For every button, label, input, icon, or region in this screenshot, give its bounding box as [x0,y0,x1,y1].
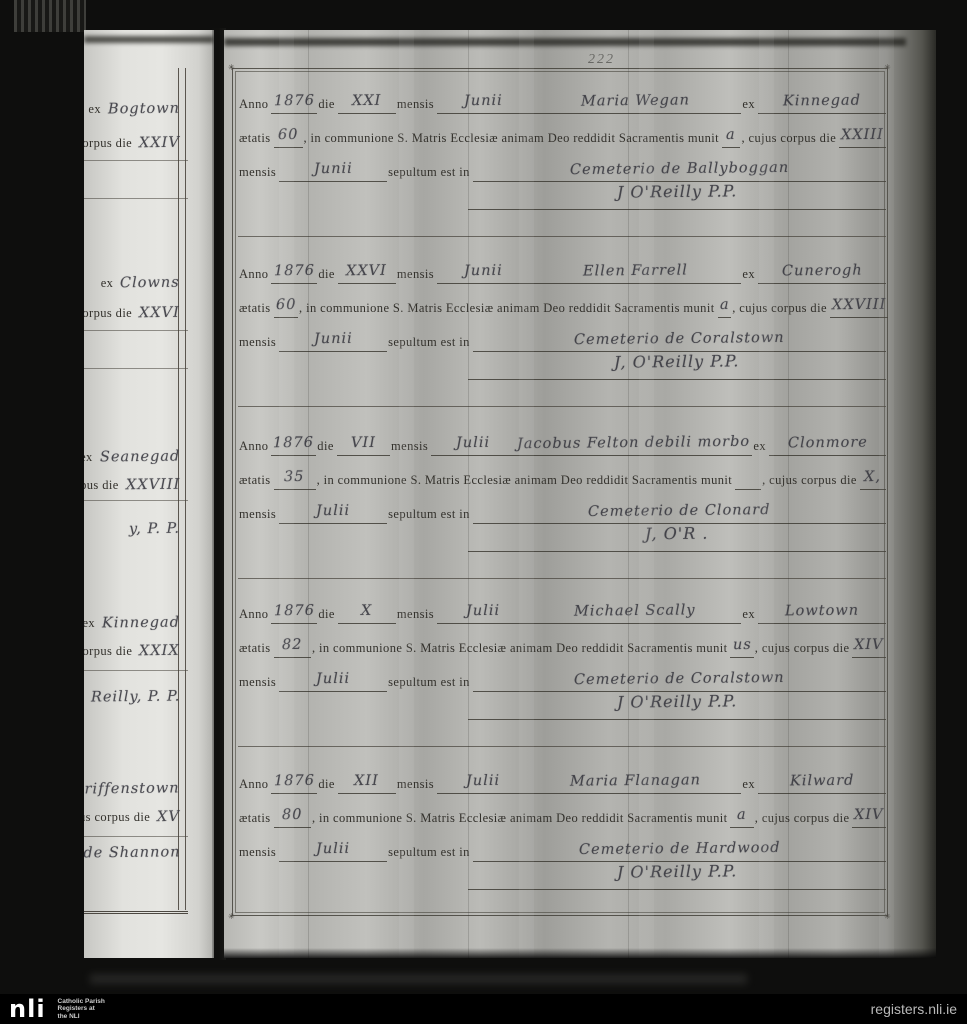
place-handwritten: Seanegad [100,449,180,466]
footer-org-line: the NLI [58,1013,80,1020]
signature-line: J, O'R . [468,524,886,552]
year-handwritten: 1876 [273,435,314,451]
burial-entry: Anno 1876 die XXVI mensis Junii Ellen Fa… [238,250,886,407]
ruled-line [84,198,188,199]
munit-suffix-blank: us [730,636,753,658]
munit-suffix-handwritten: a [737,807,747,823]
burial-month-blank: Julii [279,670,387,692]
aetatis-label: ætatis [238,301,274,318]
burial-day-handwritten: XXVI [139,305,180,321]
munit-suffix-handwritten: a [719,297,729,313]
signature-handwritten: J, O'Reilly P.P. [614,351,740,371]
ruled-line [84,160,188,161]
mensis-label: mensis [396,777,437,794]
entry-line-2: ætatis 35 , in communione S. Matris Eccl… [238,456,886,490]
footer-site-url: registers.nli.ie [871,1001,957,1017]
name-blank: Jacobus Felton debili morbo [515,434,752,456]
place-blank: Kilward [758,772,886,794]
left-entry-fragment: y, P. P. [129,520,180,538]
munit-suffix-handwritten: us [733,637,752,653]
communione-label: , in communione S. Matris Ecclesiæ anima… [303,131,723,148]
cujus-corpus-label: , cujus corpus die [84,306,135,322]
burial-entry: Anno 1876 die XII mensis Julii Maria Fla… [238,760,886,890]
ruled-line [84,670,188,671]
burial-entry: Anno 1876 die XXI mensis Junii Maria Weg… [238,80,886,237]
burial-day-handwritten: XXIV [139,135,180,151]
name-handwritten: Maria Wegan [581,92,690,109]
cujus-corpus-label: , cujus corpus die [84,810,153,826]
anno-label: Anno [238,777,271,794]
nli-logo-icon: nli [9,998,46,1020]
place-blank: Kinnegad [758,92,886,114]
burial-day-blank: XXVIII [830,296,888,318]
sepultum-label: sepultum est in [387,507,473,524]
mensis-label: mensis [238,507,279,524]
previous-page-sliver: ex Bogtown , cujus corpus die XXIV ex Cl… [84,30,214,958]
year-handwritten: 1876 [274,603,315,619]
name-handwritten: Maria Flanagan [570,772,701,789]
page-edge-smudge [84,36,214,43]
burial-day-blank: XIV [852,636,886,658]
year-blank: 1876 [271,772,317,794]
burial-day-blank: X, [860,468,886,490]
cemetery-handwritten: Cemeterio de Hardwood [579,840,781,858]
burial-day-handwritten: XXIII [841,127,884,143]
ruled-line [84,330,188,331]
name-handwritten: Ellen Farrell [583,262,688,279]
entry-line-1: Anno 1876 die XXVI mensis Junii Ellen Fa… [238,250,886,284]
left-entry-fragment: ex Seanegad [84,448,180,466]
entry-line-2: ætatis 60 , in communione S. Matris Eccl… [238,284,886,318]
mensis-label: mensis [396,97,437,114]
age-handwritten: 60 [275,297,296,313]
month-blank: Junii [437,262,529,284]
day-blank: XXVI [338,262,396,284]
day-handwritten: X [361,603,372,619]
munit-suffix-blank: a [718,296,732,318]
signature-line: J O'Reilly P.P. [468,182,886,210]
burial-day-blank: XIV [852,806,886,828]
die-label: die [317,607,337,624]
name-blank: Michael Scally [529,602,741,624]
ex-label: ex [100,276,117,292]
age-blank: 80 [274,806,311,828]
entry-signature-row: J, O'R . [238,524,886,552]
month-blank: Julii [437,772,529,794]
page-edge-smudge [224,38,906,46]
entry-separator-rule [238,406,886,407]
ruled-line [84,500,188,501]
burial-month-blank: Julii [279,840,387,862]
anno-label: Anno [238,439,271,456]
mensis-label: mensis [238,845,279,862]
place-handwritten: Kinnegad [783,93,861,110]
year-handwritten: 1876 [274,93,315,109]
cujus-corpus-label: , cujus corpus die [84,478,122,494]
footer-org-line: Catholic Parish [58,998,105,1005]
mensis-label: mensis [396,607,437,624]
cujus-corpus-label: , cujus corpus die [754,811,853,828]
sepultum-label: sepultum est in [387,845,473,862]
left-entry-fragment: ex Bogtown [87,100,180,118]
place-handwritten: Kilward [790,773,855,790]
month-handwritten: Julii [466,603,500,619]
footer-org-line: Registers at [58,1005,95,1012]
sepultum-label: sepultum est in [387,335,473,352]
burial-entry: Anno 1876 die X mensis Julii Michael Sca… [238,590,886,747]
entry-line-3: mensis Julii sepultum est in Cemeterio d… [238,828,886,862]
name-handwritten: Jacobus Felton debili morbo [517,434,750,452]
cujus-corpus-label: , cujus corpus die [740,131,839,148]
place-handwritten: Kinnegad [102,615,180,632]
place-handwritten: Griffenstown [84,780,180,797]
burial-month-handwritten: Julii [316,841,350,857]
ex-label: ex [752,439,769,456]
signature-handwritten: J O'Reilly P.P. [617,861,737,881]
entry-line-1: Anno 1876 die VII mensis Julii Jacobus F… [238,422,886,456]
left-entry-fragment: Reilly, P. P. [91,688,180,706]
scan-smear [90,974,747,984]
place-handwritten: Bogtown [108,101,180,118]
cemetery-blank: Cemeterio de Ballyboggan [473,160,886,182]
cujus-corpus-label: , cujus corpus die [754,641,853,658]
day-handwritten: XXVI [346,263,387,279]
burial-day-handwritten: X, [864,469,881,485]
signature-fragment-handwritten: y, P. P. [129,521,180,538]
burial-day-handwritten: XXVIII [832,297,886,314]
mensis-label: mensis [396,267,437,284]
left-entry-fragment: ex Clowns [100,274,180,292]
entry-signature-row: J, O'Reilly P.P. [238,352,886,380]
day-handwritten: XXI [352,93,382,109]
ex-label: ex [741,267,758,284]
entry-line-3: mensis Julii sepultum est in Cemeterio d… [238,490,886,524]
sepultum-label: sepultum est in [387,165,473,182]
burial-month-blank: Junii [279,160,387,182]
month-handwritten: Julii [466,773,500,789]
ex-label: ex [84,616,98,632]
year-blank: 1876 [271,602,317,624]
die-label: die [317,97,337,114]
signature-handwritten: J O'Reilly P.P. [617,691,737,711]
entry-signature-row: J O'Reilly P.P. [238,182,886,210]
burial-day-handwritten: XIV [854,637,884,653]
burial-day-blank: XXIII [839,126,886,148]
left-entry-fragment: karde Shannon [84,844,180,862]
year-blank: 1876 [271,434,316,456]
scanned-register-viewer: ex Bogtown , cujus corpus die XXIV ex Cl… [0,0,967,1024]
place-blank: Lowtown [758,602,886,624]
entry-line-3: mensis Junii sepultum est in Cemeterio d… [238,148,886,182]
left-entry-fragment: ex Griffenstown [84,780,180,798]
entry-separator-rule [238,578,886,579]
signature-line: J O'Reilly P.P. [468,862,886,890]
left-entry-fragment: , cujus corpus die XXVIII [84,476,180,494]
munit-suffix-handwritten: a [726,127,736,143]
left-entry-fragment: ex Kinnegad [84,614,180,632]
age-blank: 60 [274,296,298,318]
month-handwritten: Junii [464,93,503,109]
entry-line-1: Anno 1876 die X mensis Julii Michael Sca… [238,590,886,624]
month-handwritten: Julii [456,435,490,451]
die-label: die [317,267,337,284]
munit-suffix-blank: a [722,126,740,148]
age-handwritten: 82 [282,637,303,653]
communione-label: , in communione S. Matris Ecclesiæ anima… [311,811,731,828]
burial-day-handwritten: XIV [854,807,884,823]
ex-label: ex [741,97,758,114]
place-handwritten: Clonmore [788,435,868,452]
burial-day-handwritten: XXIX [139,643,180,659]
cemetery-handwritten: Cemeterio de Clonard [588,502,771,520]
cemetery-blank: Cemeterio de Coralstown [473,670,886,692]
ex-label: ex [84,450,96,466]
aetatis-label: ætatis [238,131,274,148]
sepultum-label: sepultum est in [387,675,473,692]
cemetery-blank: Cemeterio de Clonard [473,502,886,524]
name-blank: Maria Flanagan [529,772,741,794]
page-bottom-shadow [224,948,936,958]
ruled-line [84,836,188,837]
signature-line: J, O'Reilly P.P. [468,352,886,380]
cujus-corpus-label: , cujus corpus die [761,473,860,490]
munit-suffix-blank: a [730,806,753,828]
day-blank: XII [338,772,396,794]
entry-line-1: Anno 1876 die XII mensis Julii Maria Fla… [238,760,886,794]
burial-month-handwritten: Julii [316,671,350,687]
mensis-label: mensis [390,439,431,456]
mensis-label: mensis [238,335,279,352]
month-blank: Julii [437,602,529,624]
burial-day-handwritten: XV [157,809,180,825]
entry-separator-rule [238,236,886,237]
cujus-corpus-label: , cujus corpus die [84,644,135,660]
corner-ornament: ✳ [228,64,235,71]
burial-month-handwritten: Junii [314,331,353,347]
name-handwritten: Michael Scally [574,602,696,619]
cemetery-handwritten: Cemeterio de Ballyboggan [570,160,789,178]
signature-handwritten: J O'Reilly P.P. [617,181,737,201]
footer-org-text: Catholic Parish Registers at the NLI [58,998,105,1021]
place-handwritten: Cunerogh [782,263,863,280]
year-blank: 1876 [271,92,317,114]
entry-line-1: Anno 1876 die XXI mensis Junii Maria Weg… [238,80,886,114]
place-handwritten: Clowns [120,275,180,292]
day-blank: X [338,602,396,624]
entry-separator-rule [238,746,886,747]
mensis-label: mensis [238,165,279,182]
name-blank: Maria Wegan [529,92,741,114]
left-entry-fragment: , cujus corpus die XV [84,808,180,826]
entry-line-3: mensis Junii sepultum est in Cemeterio d… [238,318,886,352]
corner-ornament: ✳ [228,913,235,920]
year-handwritten: 1876 [274,773,315,789]
communione-label: , in communione S. Matris Ecclesiæ anima… [311,641,731,658]
ruled-line [84,368,188,369]
age-handwritten: 60 [278,127,299,143]
burial-month-blank: Junii [279,330,387,352]
burial-month-blank: Julii [279,502,387,524]
aetatis-label: ætatis [238,641,274,658]
cemetery-handwritten: Cemeterio de Coralstown [574,670,785,688]
communione-label: , in communione S. Matris Ecclesiæ anima… [298,301,718,318]
munit-suffix-blank [735,468,761,490]
anno-label: Anno [238,267,271,284]
cemetery-blank: Cemeterio de Hardwood [473,840,886,862]
ex-label: ex [87,102,104,118]
cemetery-handwritten: Cemeterio de Coralstown [574,330,785,348]
cujus-corpus-label: , cujus corpus die [84,136,135,152]
month-handwritten: Junii [464,263,503,279]
signature-line: J O'Reilly P.P. [468,692,886,720]
signature-handwritten: J, O'R . [645,524,709,544]
age-blank: 82 [274,636,311,658]
communione-label: , in communione S. Matris Ecclesiæ anima… [316,473,736,490]
corner-ornament: ✳ [884,913,891,920]
corner-ornament: ✳ [884,64,891,71]
burial-month-handwritten: Julii [316,503,350,519]
left-page-bottom-frame [84,911,188,914]
day-blank: VII [337,434,390,456]
cujus-corpus-label: , cujus corpus die [731,301,830,318]
age-handwritten: 35 [284,469,305,485]
cemetery-blank: Cemeterio de Coralstown [473,330,886,352]
left-entry-fragment: , cujus corpus die XXVI [84,304,180,322]
anno-label: Anno [238,97,271,114]
age-blank: 60 [274,126,303,148]
burial-month-handwritten: Junii [314,161,353,177]
place-blank: Cunerogh [758,262,886,284]
place-blank: Clonmore [769,434,886,456]
register-page: ✳ ✳ ✳ ✳ 222 Anno 1876 die XXI mensis Jun… [224,30,936,958]
mensis-label: mensis [238,675,279,692]
age-handwritten: 80 [282,807,303,823]
name-blank: Ellen Farrell [529,262,741,284]
page-number: 222 [588,52,615,68]
die-label: die [316,439,336,456]
entry-line-3: mensis Julii sepultum est in Cemeterio d… [238,658,886,692]
month-blank: Junii [437,92,529,114]
year-blank: 1876 [271,262,317,284]
anno-label: Anno [238,607,271,624]
signature-fragment-handwritten: karde Shannon [84,844,180,861]
footer-bar: nli Catholic Parish Registers at the NLI… [0,994,967,1024]
entry-signature-row: J O'Reilly P.P. [238,692,886,720]
month-blank: Julii [431,434,515,456]
entry-line-2: ætatis 80 , in communione S. Matris Eccl… [238,794,886,828]
signature-fragment-handwritten: Reilly, P. P. [91,689,181,706]
die-label: die [317,777,337,794]
day-handwritten: VII [351,435,376,451]
left-entry-fragment: , cujus corpus die XXIV [84,134,180,152]
entry-line-2: ætatis 60 , in communione S. Matris Eccl… [238,114,886,148]
day-blank: XXI [338,92,396,114]
entry-line-2: ætatis 82 , in communione S. Matris Eccl… [238,624,886,658]
aetatis-label: ætatis [238,811,274,828]
ex-label: ex [741,777,758,794]
binding-tape-texture [14,0,86,32]
burial-entry: Anno 1876 die VII mensis Julii Jacobus F… [238,422,886,579]
burial-day-handwritten: XXVIII [126,477,180,494]
place-handwritten: Lowtown [785,603,859,620]
entry-signature-row: J O'Reilly P.P. [238,862,886,890]
aetatis-label: ætatis [238,473,274,490]
age-blank: 35 [274,468,316,490]
left-entry-fragment: , cujus corpus die XXIX [84,642,180,660]
day-handwritten: XII [354,773,379,789]
ex-label: ex [741,607,758,624]
year-handwritten: 1876 [274,263,315,279]
